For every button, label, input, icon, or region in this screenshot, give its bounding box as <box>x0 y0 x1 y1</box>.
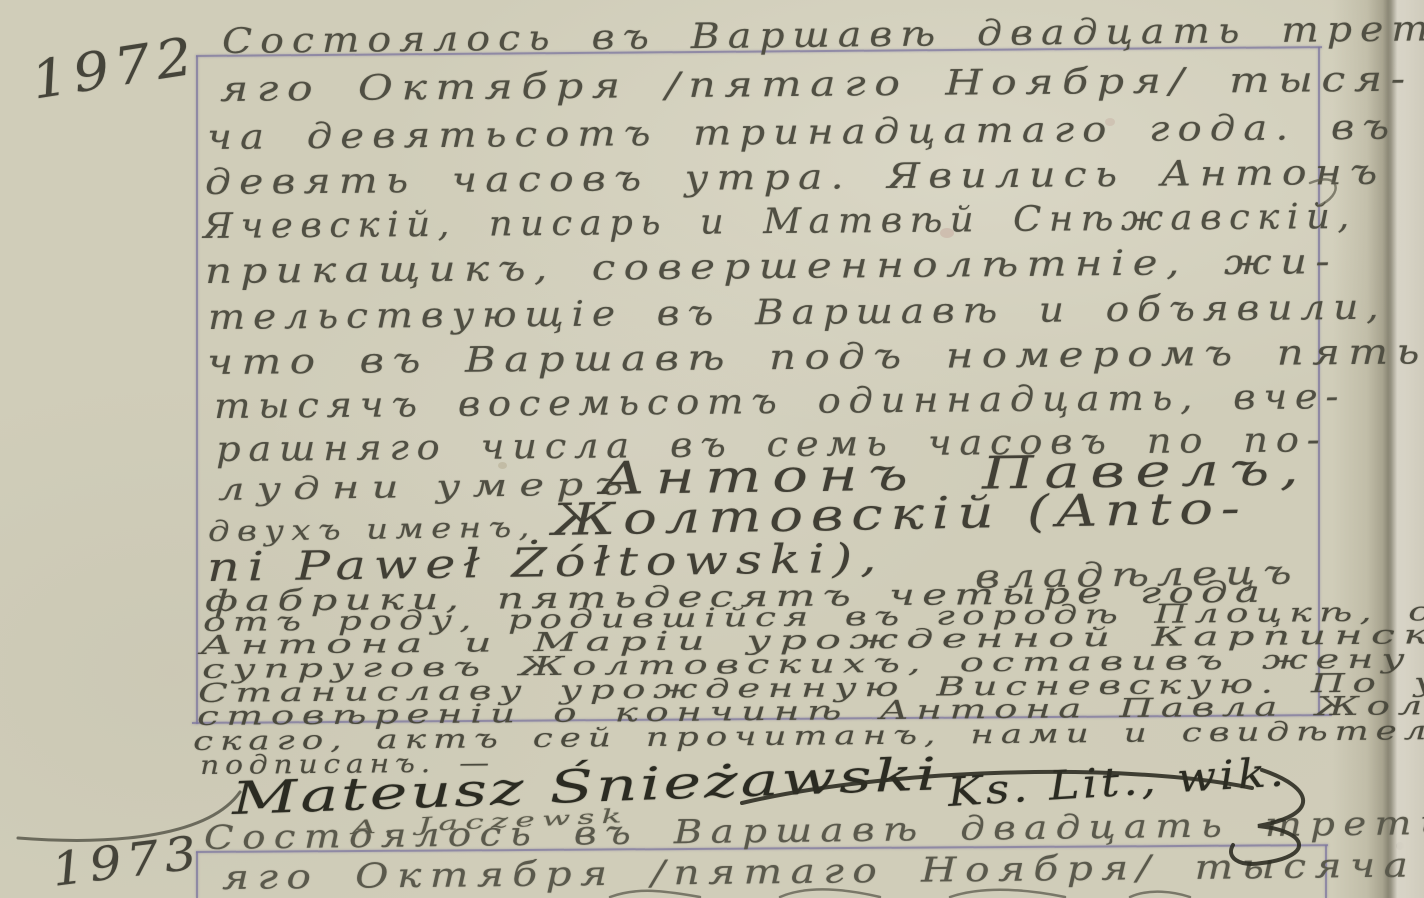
entry-1972-line-1: Состоялось въ Варшавѣ двадцать треть- <box>222 9 1424 62</box>
entry-1972-line-8: что въ Варшавѣ подъ номеромъ пять <box>207 332 1424 383</box>
entry-1972-line-3: ча девятьсотъ тринадцатаго года. въ <box>207 108 1398 158</box>
scanned-register-page: 1972 1973 Состоялось въ Варшавѣ двадцать… <box>0 0 1424 898</box>
entry-1972-line-6: прикащикъ, совершеннолѣтніе, жи- <box>205 242 1338 292</box>
entry-1972-line-2: яго Октября /пятаго Ноября/ тыся- <box>220 60 1414 110</box>
entry-1972-number: 1972 <box>27 26 202 111</box>
entry-1972-line-7: тельствующіе въ Варшавѣ и объявили, <box>208 288 1387 338</box>
entry-1972-line-9: тысячъ восемьсотъ одиннадцать, вче- <box>214 377 1346 427</box>
entry-1972-line-4: девять часовъ утра. Явились Антонъ <box>205 153 1386 203</box>
ruled-border-left <box>196 56 198 724</box>
entry-1972-deceased-surname: Жолтовскій (Anto- <box>552 483 1248 546</box>
entry-1972-line-5: Ячевскій, писарь и Матвѣй Снѣжавскій, <box>203 197 1357 247</box>
entry-1973-number: 1973 <box>49 825 205 897</box>
